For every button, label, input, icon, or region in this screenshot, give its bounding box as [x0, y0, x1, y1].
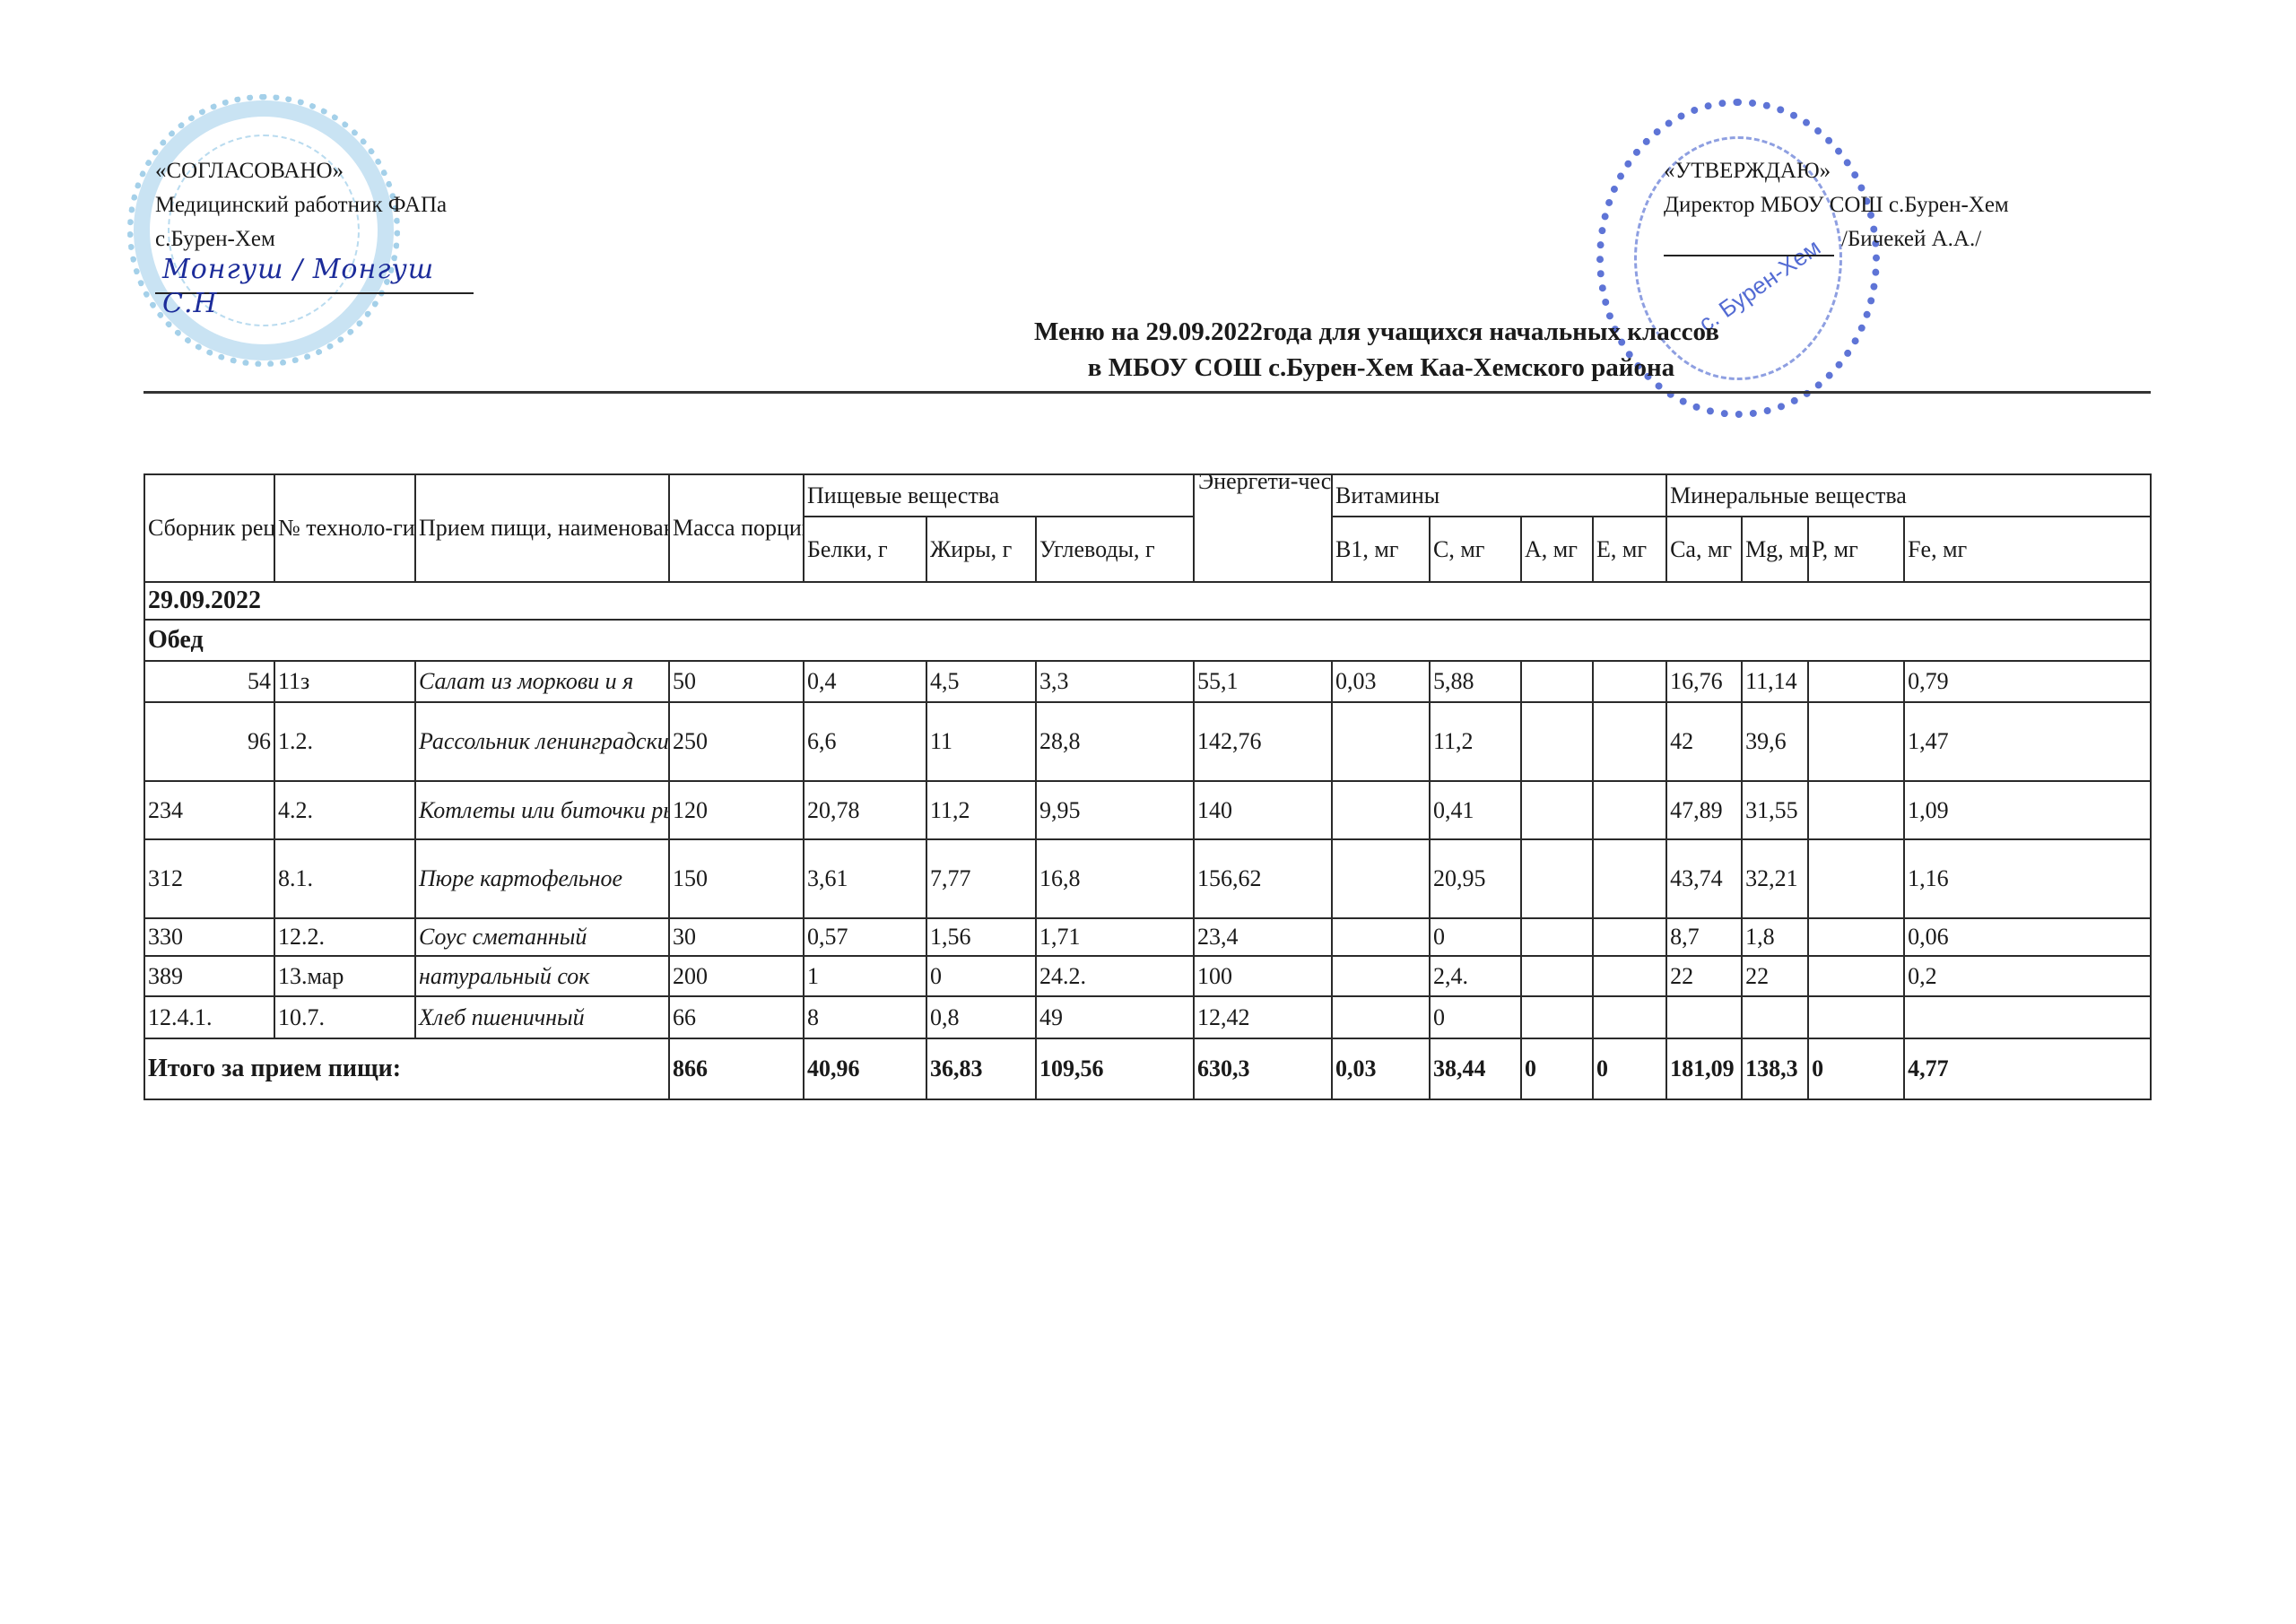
collection-cell: 96 [144, 702, 274, 781]
menu-items: 5411зСалат из моркови и я500,44,53,355,1… [144, 661, 2151, 1038]
tech-card-cell: 12.2. [274, 918, 415, 956]
fats-cell: 7,77 [926, 839, 1036, 918]
menu-table: Сборник рецептур № техноло-гической карт… [143, 473, 2152, 1100]
carbs-cell: 28,8 [1036, 702, 1194, 781]
portion-cell: 66 [669, 996, 804, 1038]
total-a: 0 [1521, 1038, 1593, 1099]
energy-cell: 12,42 [1194, 996, 1332, 1038]
dish-name-cell: Салат из моркови и я [415, 661, 669, 702]
fe-cell: 0,06 [1904, 918, 2151, 956]
fe-cell: 1,09 [1904, 781, 2151, 839]
ca-cell: 8,7 [1666, 918, 1742, 956]
carbs-cell: 9,95 [1036, 781, 1194, 839]
meal-row: Обед [144, 620, 2151, 661]
mg-cell: 11,14 [1742, 661, 1808, 702]
header-tech-card: № техноло-гической карты [274, 474, 415, 582]
agreed-signature-line: Монгуш / Монгуш С.Н [155, 256, 474, 294]
fats-cell: 0 [926, 956, 1036, 996]
mg-cell [1742, 996, 1808, 1038]
energy-cell: 100 [1194, 956, 1332, 996]
header-ca: Ca, мг [1666, 517, 1742, 582]
tech-card-cell: 1.2. [274, 702, 415, 781]
e-cell [1593, 702, 1666, 781]
carbs-cell: 1,71 [1036, 918, 1194, 956]
portion-cell: 120 [669, 781, 804, 839]
approved-heading: «УТВЕРЖДАЮ» [1664, 154, 2009, 188]
total-energy: 630,3 [1194, 1038, 1332, 1099]
fe-cell: 1,16 [1904, 839, 2151, 918]
header-divider [143, 391, 2151, 394]
approval-agreed-block: «СОГЛАСОВАНО» Медицинский работник ФАПа … [155, 154, 474, 294]
p-cell [1808, 996, 1904, 1038]
header-fats: Жиры, г [926, 517, 1036, 582]
a-cell [1521, 661, 1593, 702]
table-row: 33012.2.Соус сметанный300,571,561,7123,4… [144, 918, 2151, 956]
energy-cell: 55,1 [1194, 661, 1332, 702]
b1-cell [1332, 839, 1430, 918]
header-fe: Fe, мг [1904, 517, 2151, 582]
proteins-cell: 8 [804, 996, 926, 1038]
mg-cell: 22 [1742, 956, 1808, 996]
agreed-heading: «СОГЛАСОВАНО» [155, 154, 474, 188]
energy-cell: 23,4 [1194, 918, 1332, 956]
b1-cell [1332, 702, 1430, 781]
header-e: E, мг [1593, 517, 1666, 582]
total-carbs: 109,56 [1036, 1038, 1194, 1099]
date-row: 29.09.2022 [144, 582, 2151, 620]
c-cell: 2,4. [1430, 956, 1521, 996]
ca-cell [1666, 996, 1742, 1038]
carbs-cell: 3,3 [1036, 661, 1194, 702]
a-cell [1521, 839, 1593, 918]
header-c: C, мг [1430, 517, 1521, 582]
proteins-cell: 3,61 [804, 839, 926, 918]
c-cell: 0 [1430, 996, 1521, 1038]
b1-cell [1332, 956, 1430, 996]
portion-cell: 150 [669, 839, 804, 918]
ca-cell: 16,76 [1666, 661, 1742, 702]
e-cell [1593, 839, 1666, 918]
p-cell [1808, 918, 1904, 956]
document-subtitle: в МБОУ СОШ с.Бурен-Хем Каа-Хемского райо… [233, 350, 2296, 386]
e-cell [1593, 661, 1666, 702]
header-nutrients: Пищевые вещества [804, 474, 1194, 517]
tech-card-cell: 8.1. [274, 839, 415, 918]
approval-approved-block: «УТВЕРЖДАЮ» Директор МБОУ СОШ с.Бурен-Хе… [1664, 154, 2009, 256]
table-row: 12.4.1.10.7.Хлеб пшеничный6680,84912,420 [144, 996, 2151, 1038]
tech-card-cell: 13.мар [274, 956, 415, 996]
e-cell [1593, 781, 1666, 839]
collection-cell: 312 [144, 839, 274, 918]
ca-cell: 22 [1666, 956, 1742, 996]
c-cell: 20,95 [1430, 839, 1521, 918]
b1-cell [1332, 781, 1430, 839]
header-vitamins: Витамины [1332, 474, 1666, 517]
dish-name-cell: Котлеты или биточки рыбные [415, 781, 669, 839]
header-portion: Масса порции [669, 474, 804, 582]
e-cell [1593, 956, 1666, 996]
carbs-cell: 49 [1036, 996, 1194, 1038]
proteins-cell: 6,6 [804, 702, 926, 781]
a-cell [1521, 781, 1593, 839]
dish-name-cell: Рассольник ленинградский с окорочкой [415, 702, 669, 781]
total-mg: 138,3 [1742, 1038, 1808, 1099]
p-cell [1808, 956, 1904, 996]
total-proteins: 40,96 [804, 1038, 926, 1099]
portion-cell: 250 [669, 702, 804, 781]
fats-cell: 1,56 [926, 918, 1036, 956]
carbs-cell: 24.2. [1036, 956, 1194, 996]
dish-name-cell: Хлеб пшеничный [415, 996, 669, 1038]
p-cell [1808, 781, 1904, 839]
tech-card-cell: 4.2. [274, 781, 415, 839]
energy-cell: 140 [1194, 781, 1332, 839]
ca-cell: 47,89 [1666, 781, 1742, 839]
total-portion: 866 [669, 1038, 804, 1099]
meal-cell: Обед [144, 620, 2151, 661]
date-cell: 29.09.2022 [144, 582, 2151, 620]
approved-signatory: /Бичекей А.А./ [1841, 222, 1981, 256]
p-cell [1808, 702, 1904, 781]
b1-cell: 0,03 [1332, 661, 1430, 702]
header-meal-name: Прием пищи, наименование блюда [415, 474, 669, 582]
proteins-cell: 0,57 [804, 918, 926, 956]
portion-cell: 30 [669, 918, 804, 956]
header-carbs: Углеводы, г [1036, 517, 1194, 582]
e-cell [1593, 996, 1666, 1038]
fats-cell: 4,5 [926, 661, 1036, 702]
a-cell [1521, 702, 1593, 781]
fe-cell [1904, 996, 2151, 1038]
energy-cell: 142,76 [1194, 702, 1332, 781]
header-a: A, мг [1521, 517, 1593, 582]
total-e: 0 [1593, 1038, 1666, 1099]
handwritten-signature: Монгуш / Монгуш С.Н [162, 253, 474, 321]
carbs-cell: 16,8 [1036, 839, 1194, 918]
portion-cell: 200 [669, 956, 804, 996]
e-cell [1593, 918, 1666, 956]
proteins-cell: 1 [804, 956, 926, 996]
agreed-position: Медицинский работник ФАПа [155, 188, 474, 222]
total-p: 0 [1808, 1038, 1904, 1099]
fats-cell: 11,2 [926, 781, 1036, 839]
ca-cell: 43,74 [1666, 839, 1742, 918]
dish-name-cell: натуральный сок [415, 956, 669, 996]
mg-cell: 39,6 [1742, 702, 1808, 781]
header-energy: Энергети-ческая ценность, ккал [1194, 474, 1332, 582]
collection-cell: 12.4.1. [144, 996, 274, 1038]
fats-cell: 11 [926, 702, 1036, 781]
total-label: Итого за прием пищи: [144, 1038, 669, 1099]
dish-name-cell: Пюре картофельное [415, 839, 669, 918]
c-cell: 5,88 [1430, 661, 1521, 702]
approved-signature-line: /Бичекей А.А./ [1664, 222, 2009, 256]
b1-cell [1332, 996, 1430, 1038]
signature-blank [1664, 228, 1834, 256]
header-minerals: Минеральные вещества [1666, 474, 2151, 517]
proteins-cell: 0,4 [804, 661, 926, 702]
total-c: 38,44 [1430, 1038, 1521, 1099]
mg-cell: 31,55 [1742, 781, 1808, 839]
collection-cell: 54 [144, 661, 274, 702]
total-b1: 0,03 [1332, 1038, 1430, 1099]
table-row: 961.2.Рассольник ленинградский с окорочк… [144, 702, 2151, 781]
table-row: 2344.2.Котлеты или биточки рыбные12020,7… [144, 781, 2151, 839]
proteins-cell: 20,78 [804, 781, 926, 839]
header-row-1: Сборник рецептур № техноло-гической карт… [144, 474, 2151, 517]
fe-cell: 0,2 [1904, 956, 2151, 996]
header-p: P, мг [1808, 517, 1904, 582]
collection-cell: 234 [144, 781, 274, 839]
approved-position: Директор МБОУ СОШ с.Бурен-Хем [1664, 188, 2009, 222]
tech-card-cell: 11з [274, 661, 415, 702]
c-cell: 11,2 [1430, 702, 1521, 781]
total-ca: 181,09 [1666, 1038, 1742, 1099]
fe-cell: 0,79 [1904, 661, 2151, 702]
p-cell [1808, 839, 1904, 918]
ca-cell: 42 [1666, 702, 1742, 781]
dish-name-cell: Соус сметанный [415, 918, 669, 956]
a-cell [1521, 996, 1593, 1038]
header-proteins: Белки, г [804, 517, 926, 582]
collection-cell: 389 [144, 956, 274, 996]
total-row: Итого за прием пищи: 866 40,96 36,83 109… [144, 1038, 2151, 1099]
fe-cell: 1,47 [1904, 702, 2151, 781]
energy-cell: 156,62 [1194, 839, 1332, 918]
header-mg: Mg, мг [1742, 517, 1808, 582]
collection-cell: 330 [144, 918, 274, 956]
a-cell [1521, 956, 1593, 996]
b1-cell [1332, 918, 1430, 956]
header-collection: Сборник рецептур [144, 474, 274, 582]
total-fe: 4,77 [1904, 1038, 2151, 1099]
tech-card-cell: 10.7. [274, 996, 415, 1038]
table-row: 38913.марнатуральный сок2001024.2.1002,4… [144, 956, 2151, 996]
c-cell: 0,41 [1430, 781, 1521, 839]
agreed-place: с.Бурен-Хем [155, 222, 474, 256]
mg-cell: 1,8 [1742, 918, 1808, 956]
header-b1: B1, мг [1332, 517, 1430, 582]
portion-cell: 50 [669, 661, 804, 702]
document-title: Меню на 29.09.2022года для учащихся нача… [229, 314, 2296, 350]
a-cell [1521, 918, 1593, 956]
p-cell [1808, 661, 1904, 702]
total-fats: 36,83 [926, 1038, 1036, 1099]
mg-cell: 32,21 [1742, 839, 1808, 918]
fats-cell: 0,8 [926, 996, 1036, 1038]
table-row: 3128.1.Пюре картофельное1503,617,7716,81… [144, 839, 2151, 918]
table-row: 5411зСалат из моркови и я500,44,53,355,1… [144, 661, 2151, 702]
c-cell: 0 [1430, 918, 1521, 956]
